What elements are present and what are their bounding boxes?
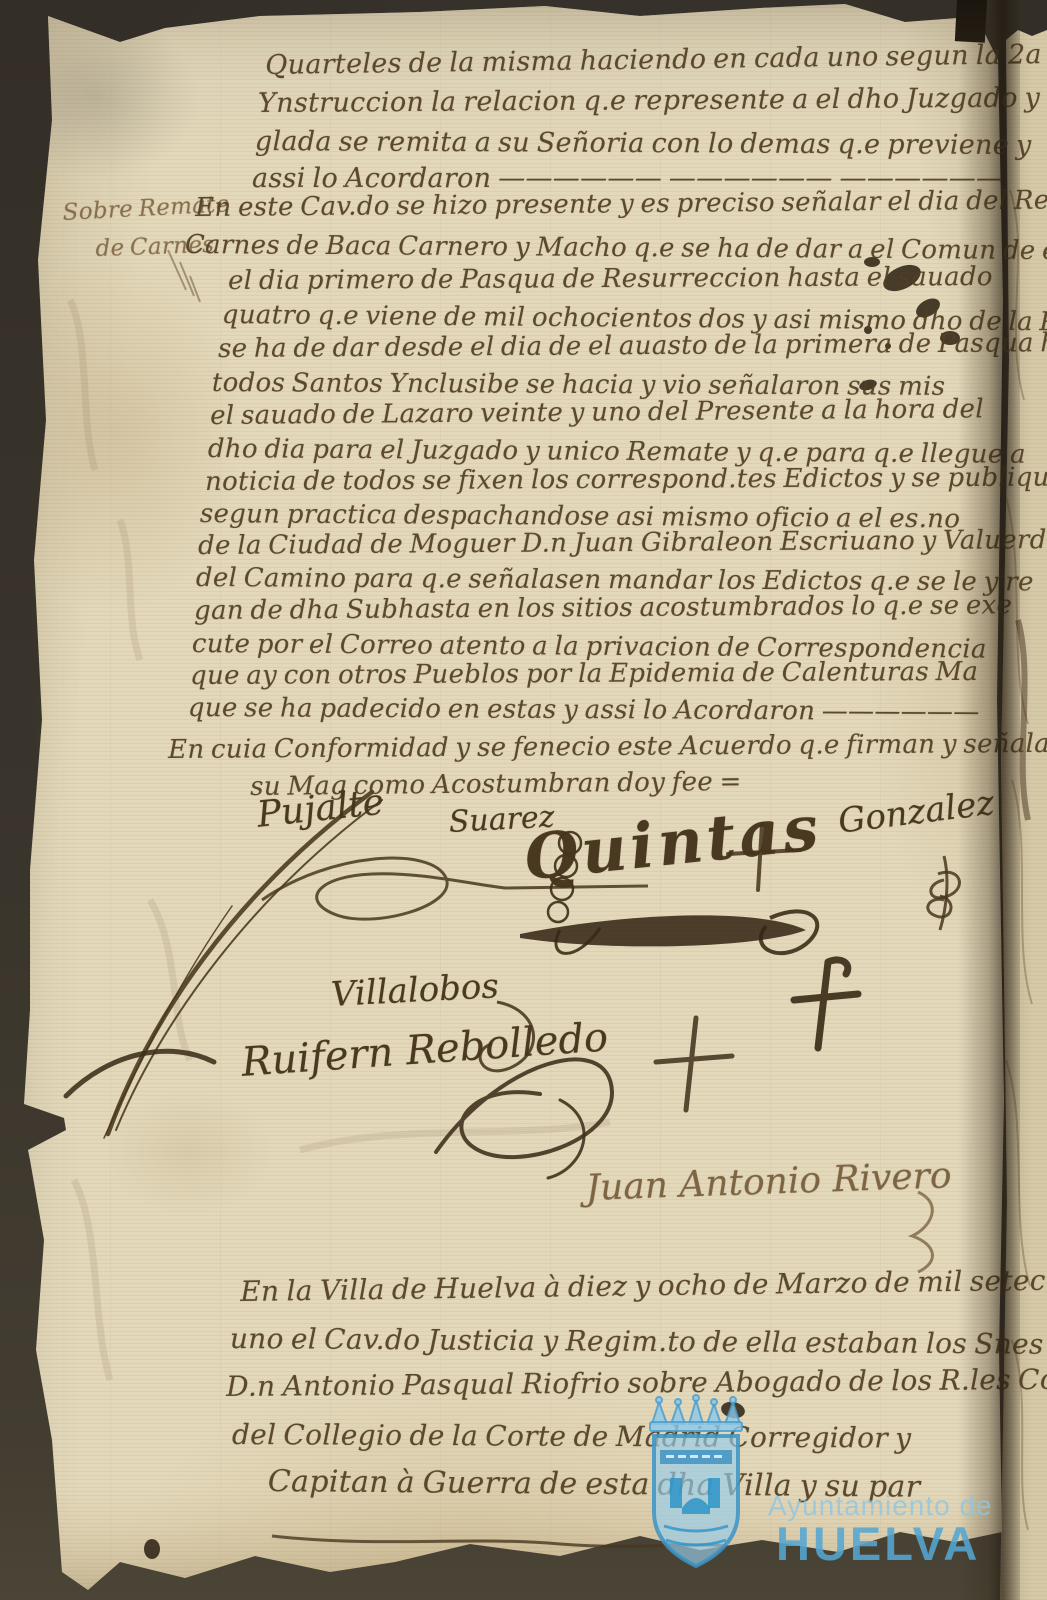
manuscript-line: de la Ciudad de Moguer D.n Juan Gibraleo… [198,525,1047,561]
manuscript-line: Ynstruccion la relacion q.e represente a… [258,82,1047,119]
manuscript-line: uno el Cav.do Justicia y Regim.to de ell… [230,1322,1047,1361]
binding-tape [955,0,987,43]
manuscript-line: que ay con otros Pueblos por la Epidemia… [190,657,978,691]
manuscript-line: Carnes de Baca Carnero y Macho q.e se ha… [185,230,1047,266]
manuscript-line: el dia primero de Pasqua de Resurreccion… [228,262,993,296]
manuscript-line: En cuia Conformidad y se fenecio este Ac… [168,729,1047,765]
manuscript-line: del Collegio de la Corte de Madrid Corre… [232,1418,912,1455]
manuscript-line: noticia de todos se fixen los correspond… [205,462,1047,497]
manuscript-line: que se ha padecido en estas y assi lo Ac… [188,693,980,727]
manuscript-line: se ha de dar desde el dia de el auasto d… [218,328,1047,364]
archive-scan: Sobre Remate de Carnes Quarteles de la m… [0,0,1047,1600]
manuscript-line: D.n Antonio Pasqual Riofrio sobre Abogad… [226,1362,1047,1403]
manuscript-line: glada se remita a su Señoria con lo dema… [255,126,1032,161]
manuscript-line: Capitan à Guerra de esta dha Villa y su … [268,1464,921,1505]
manuscript-line: gan de dha Subhasta en los sitios acostu… [194,590,1012,626]
